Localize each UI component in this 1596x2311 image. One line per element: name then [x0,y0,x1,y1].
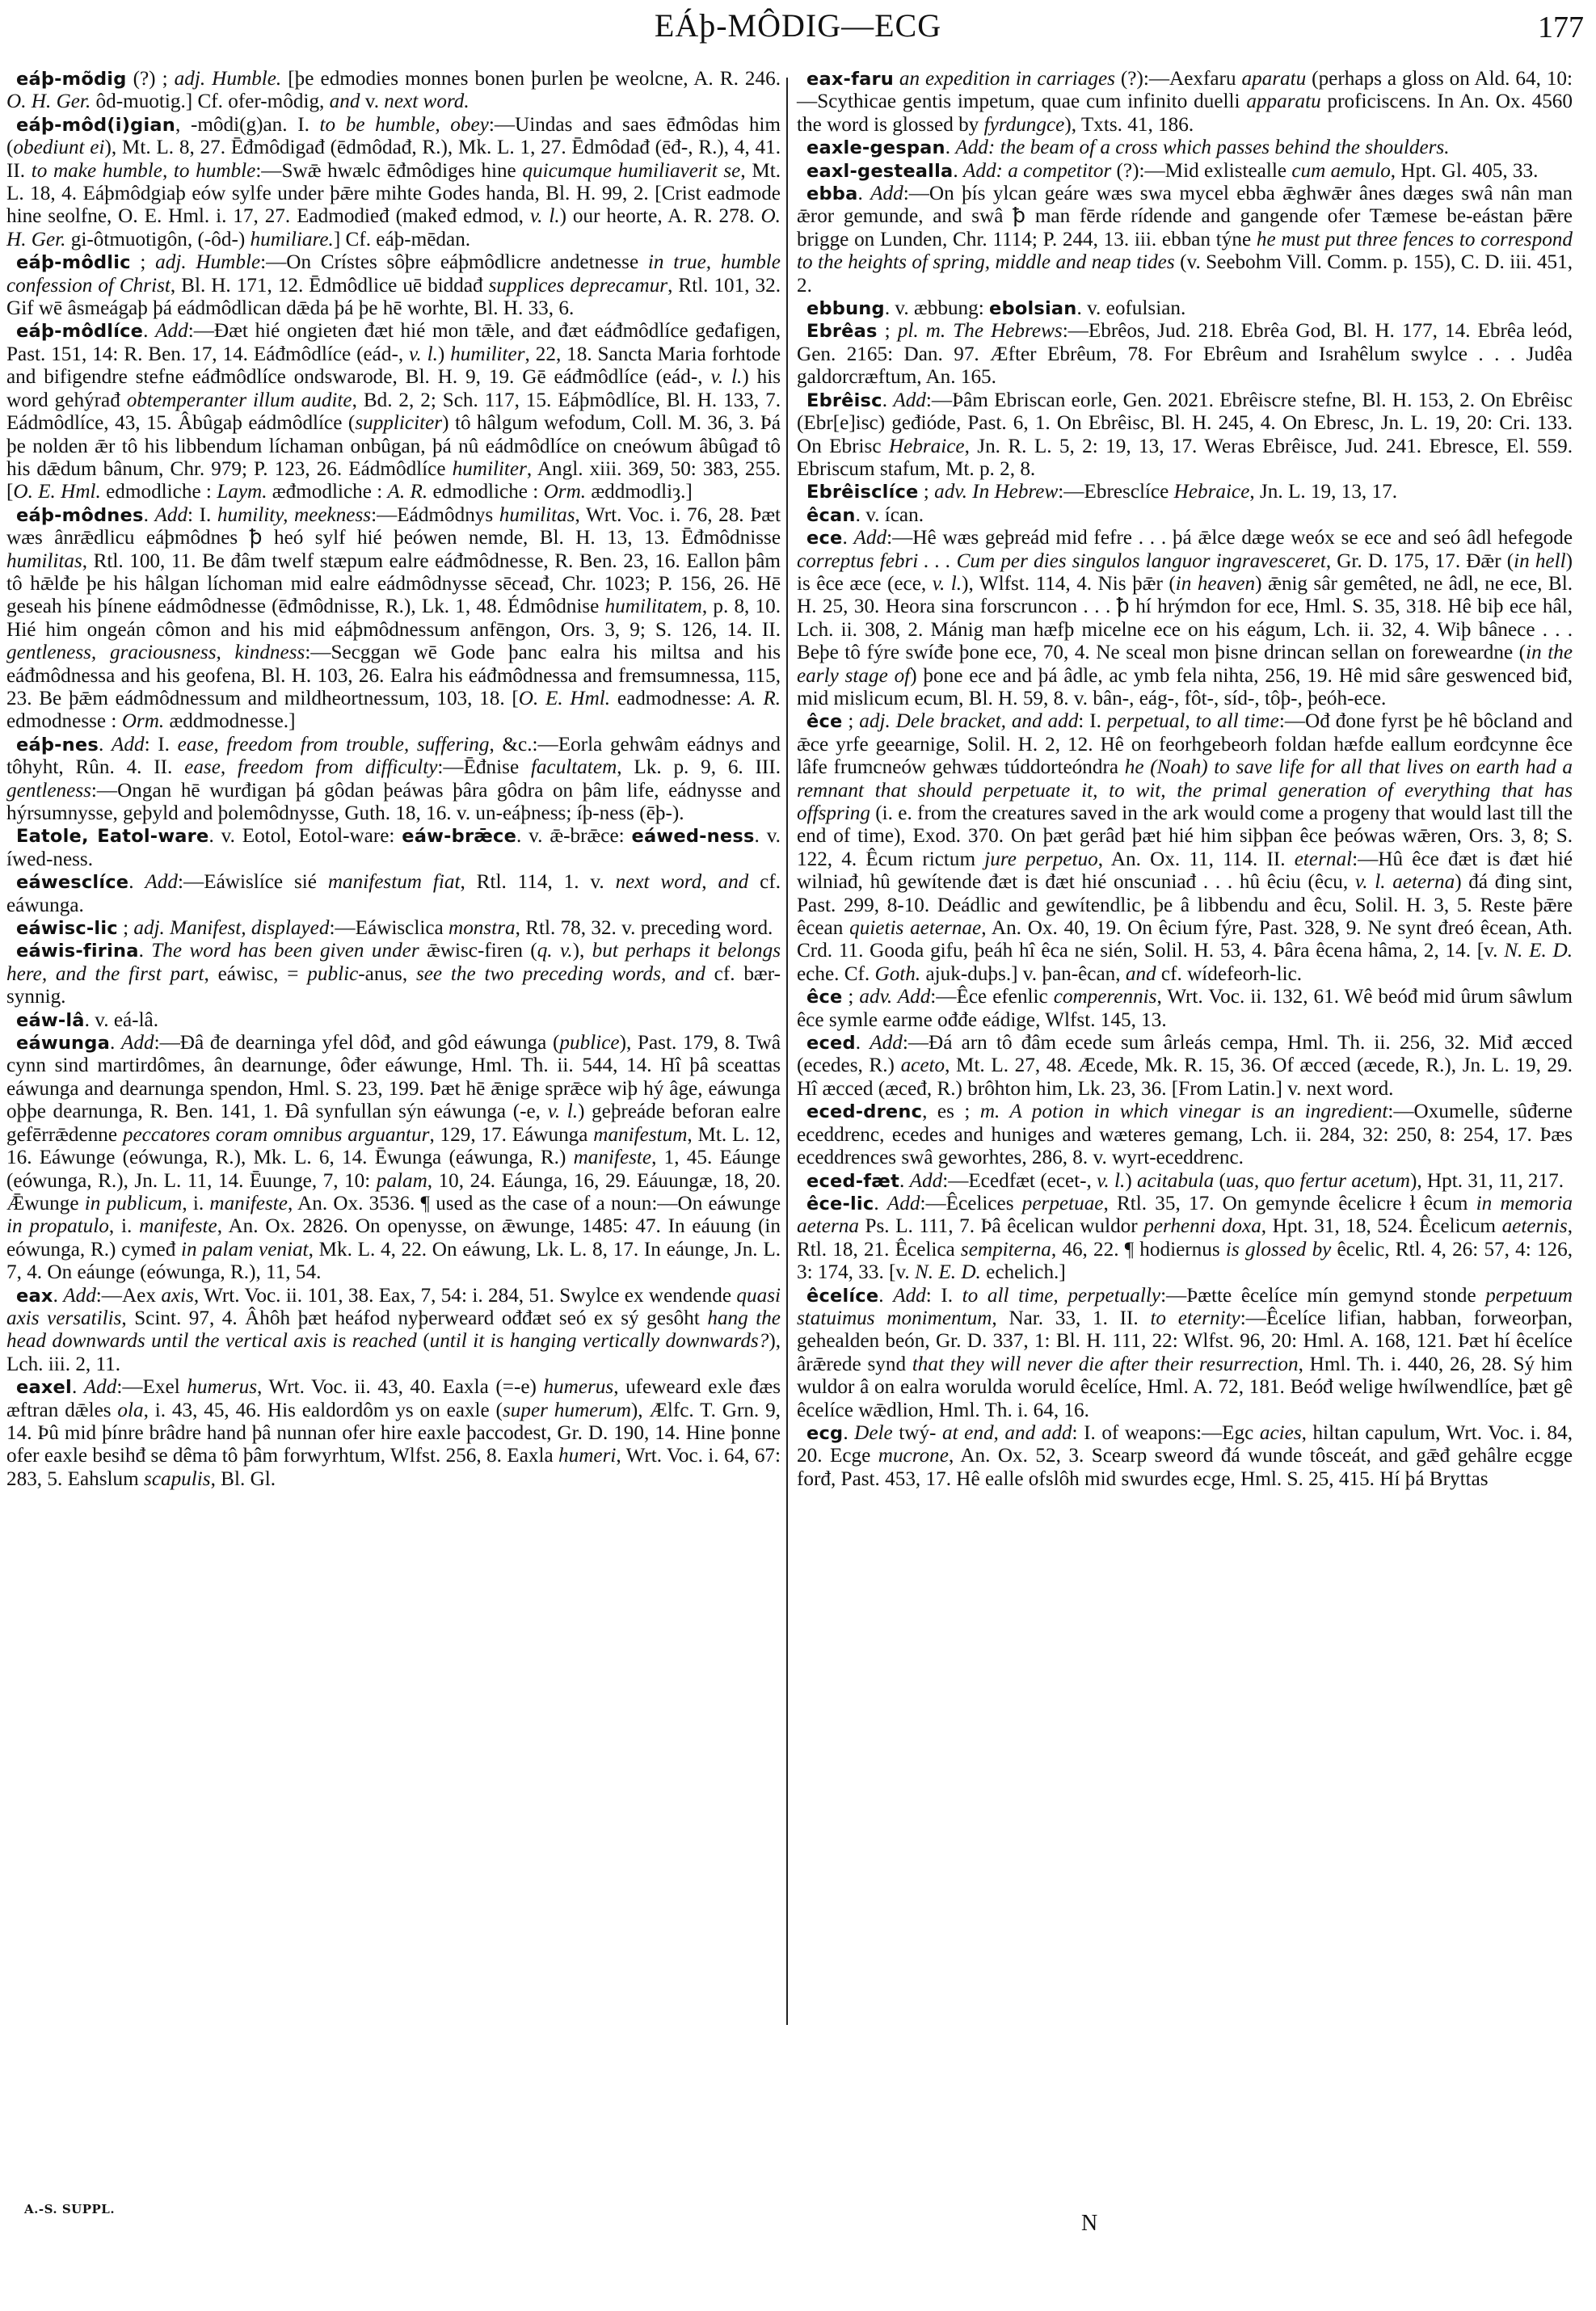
italic-gloss: A. R. [739,688,781,709]
italic-gloss: aeternis [1502,1215,1568,1237]
italic-gloss: adv. Add [859,986,930,1008]
entry-text: :—Ongan hē wurđigan þá gôdan þeáwas þâra… [6,780,781,824]
dictionary-entry: eáþ-mõdig (?) ; adj. Humble. [þe edmodie… [6,68,781,114]
italic-gloss: manifestum [593,1124,687,1146]
entry-text: ; [118,917,134,939]
headword: eaxel [16,1377,72,1398]
italic-gloss: humiliter [450,343,524,365]
italic-gloss: until it is hanging vertically downwards… [430,1330,769,1352]
entry-text: , i. [182,1193,209,1214]
dictionary-entry: êcan. v. ícan. [797,504,1573,527]
italic-gloss: Dele [854,1422,893,1444]
italic-gloss: and [718,871,748,893]
entry-text: . [843,1422,854,1444]
italic-gloss: gentleness [6,780,91,802]
entry-text: , eáwisc, = [204,963,308,985]
entry-text: . [857,183,870,204]
italic-gloss: humilitatem [605,596,702,617]
entry-text: . v. ǣ-brǣce: [516,825,632,847]
dictionary-entry: êce ; adv. Add:—Êce efenlic comperennis,… [797,986,1573,1032]
italic-gloss: m. A potion in which vinegar is an ingre… [980,1101,1388,1122]
headword: eáþ-môdnes [16,505,144,526]
entry-text: ) [438,343,450,365]
entry-text: :—Eáwisclica [329,917,448,939]
italic-gloss: aparatu [1241,68,1306,90]
italic-gloss: N. E. D. [1504,940,1573,962]
entry-text: , An. Ox. 11, 114. II. [1098,848,1295,870]
italic-gloss: O. E. Hml. [519,688,610,709]
italic-gloss: ola [117,1400,143,1421]
italic-gloss: peccatores coram omnibus arguantur [123,1124,430,1146]
dictionary-entry: eáþ-nes. Add: I. ease, freedom from trou… [6,734,781,826]
entry-text: , Bl. H. 171, 12. Ēdmôdlice uē biddađ [171,275,489,297]
entry-text: :—Exel [116,1376,187,1398]
entry-text: :—Hê wæs geþreád mid fefre . . . þá ǣlce… [886,527,1573,549]
entry-text: . [899,1170,910,1192]
entry-text: : I. [187,504,217,526]
entry-text: . [72,1376,84,1398]
entry-text: : I. [145,734,178,756]
italic-gloss: acies [1260,1422,1302,1444]
headword: eáþ-môdlíce [16,321,143,342]
italic-gloss: facultatem [531,756,617,778]
entry-text: (?):—Aexfaru [1115,68,1242,90]
italic-gloss: N. E. D. [915,1261,981,1283]
dictionary-entry: êce ; adj. Dele bracket, and add: I. per… [797,710,1573,986]
entry-text: ; [131,251,155,273]
entry-text: . [953,160,963,182]
headword: eáw-lâ [16,1010,85,1031]
headword: Ebrêisclíce [806,482,919,503]
entry-text: . v. eofulsian. [1077,297,1186,319]
page-number: 177 [1538,10,1584,45]
entry-text: . v. Eotol, Eotol-ware: [208,825,402,847]
column-divider [786,78,788,2025]
entry-text: , Gr. D. 175, 17. Đǣr ( [1326,550,1514,572]
entry-text: :—Eádmôdnys [371,504,499,526]
entry-text: ; [842,986,859,1008]
dictionary-entry: ecg. Dele twý- at end, and add: I. of we… [797,1422,1573,1491]
entry-text: , Hpt. 31, 18, 524. Êcelicum [1261,1215,1502,1237]
entry-text: . [128,871,145,893]
italic-gloss: Orm. [544,481,586,503]
italic-gloss: to make humble, to humble [32,160,256,182]
headword: eáþ-nes [16,735,99,756]
gathering-letter: N [1081,2211,1097,2237]
italic-gloss: correptus febri . . . Cum per dies singu… [797,550,1326,572]
dictionary-entry: ece. Add:—Hê wæs geþreád mid fefre . . .… [797,527,1573,710]
italic-gloss: The word has been given under [151,940,419,962]
headword: eáw-brǣce [402,826,516,847]
entry-text: edmodliche : [101,481,217,503]
italic-gloss: Add [893,1285,926,1307]
italic-gloss: Add [870,1032,903,1054]
italic-gloss: see the two preceding words, and [416,963,705,985]
italic-gloss: v. l. [548,1101,579,1122]
entry-text: . v. æbbung: [885,297,989,319]
entry-text: :—Aex [96,1285,162,1307]
italic-gloss: to eternity [1150,1307,1240,1329]
italic-gloss: Add [887,1193,920,1214]
dictionary-entry: eáw-lâ. v. eá-lâ. [6,1009,781,1032]
entry-text: :—Eáwislíce sié [178,871,328,893]
dictionary-entry: Eatole, Eatol-ware. v. Eotol, Eotol-ware… [6,825,781,871]
entry-text: ( [417,1330,430,1352]
italic-gloss: pl. m. The Hebrews [898,320,1063,342]
italic-gloss: obtemperanter illum audite [127,389,352,411]
entry-text: ) þone ece and þá âdle, ac ymb fela niht… [797,665,1573,709]
italic-gloss: v. l. [933,573,962,595]
entry-text: edmodnesse : [6,710,122,732]
entry-text: æđmodliche : [267,481,388,503]
italic-gloss: humeri [558,1445,616,1467]
headword: eced-fæt [806,1171,899,1192]
italic-gloss: Add [910,1170,943,1192]
entry-text: , Rtl. 35, 17. On gemynde êcelicre ł êcu… [1103,1193,1476,1214]
italic-gloss: adv. In Hebrew [934,481,1058,503]
entry-text: ajuk-duþs.] v. þan-êcan, [920,963,1126,985]
italic-gloss: Add [155,320,188,342]
entry-text: æddmodnesse.] [164,710,295,732]
entry-text: , Wrt. Voc. ii. 101, 38. Eax, 7, 54: i. … [194,1285,737,1307]
signature-mark: A.-S. SUPPL. [24,2202,115,2216]
headword: ebba [806,183,857,204]
italic-gloss: supplices deprecamur [489,275,668,297]
entry-text: , Rtl. 114, 1. v. [460,871,615,893]
italic-gloss: Add: the beam of a cross which passes be… [955,137,1449,158]
entry-text: . [878,1285,893,1307]
italic-gloss: O. E. Hml. [13,481,100,503]
italic-gloss: humilitas [6,550,82,572]
dictionary-entry: ebba. Add:—On þís ylcan geáre wæs swa my… [797,183,1573,297]
italic-gloss: adj. Manifest, displayed [133,917,329,939]
italic-gloss: humerus [543,1376,613,1398]
italic-gloss: in hell [1514,550,1565,572]
headword: êce-lic [806,1193,874,1214]
italic-gloss: uas, quo fertur acetum [1226,1170,1410,1192]
italic-gloss: Add [154,504,187,526]
headword: Eatole, Eatol-ware [16,826,208,847]
entry-text: ôd-muotig.] Cf. ofer-môdig, [91,91,329,112]
italic-gloss: and [330,91,360,112]
italic-gloss: manifeste [139,1215,217,1237]
italic-gloss: cum aemulo [1291,160,1390,182]
dictionary-entry: Ebrêisclíce ; adv. In Hebrew:—Ebresclíce… [797,481,1573,503]
entry-text: , [701,871,718,893]
italic-gloss: next word. [384,91,469,112]
entry-text: :—Ēđnise [437,756,531,778]
italic-gloss: that they will never die after their res… [912,1353,1299,1375]
italic-gloss: in publicum [85,1193,183,1214]
headword: êce [806,711,842,732]
dictionary-entry: eaxle-gespan. Add: the beam of a cross w… [797,137,1573,159]
headword: êcan [806,505,856,526]
entry-text: . [110,1032,121,1054]
entry-text: ǣwisc-firen ( [419,940,537,962]
entry-text: , Bl. Gl. [211,1468,276,1490]
italic-gloss: humerus [187,1376,257,1398]
dictionary-entry: eáwis-firina. The word has been given un… [6,940,781,1008]
italic-gloss: monstra [448,917,516,939]
entry-text: . [144,504,155,526]
italic-gloss: v. l. [530,205,560,227]
headword: eaxle-gespan [806,137,945,158]
entry-text: ), Hpt. 31, 11, 217. [1410,1170,1564,1192]
entry-text: eche. Cf. [797,963,875,985]
entry-text: twý- [893,1422,942,1444]
headword: eáþ-mõdig [16,69,127,90]
entry-text: , -môdi(g)an. I. [175,114,320,136]
italic-gloss: ease, freedom from difficulty [184,756,437,778]
italic-gloss: in palam veniat [181,1239,309,1261]
headword: Ebrêisc [806,390,882,411]
italic-gloss: next word [616,871,702,893]
dictionary-entry: eaxel. Add:—Exel humerus, Wrt. Voc. ii. … [6,1376,781,1491]
italic-gloss: Add [870,183,903,204]
headword: ebolsian [989,298,1076,319]
dictionary-entry: êce-lic. Add:—Êcelices perpetuae, Rtl. 3… [797,1193,1573,1285]
headword: eáwed-ness [632,826,755,847]
dictionary-entry: ebbung. v. æbbung: ebolsian. v. eofulsia… [797,297,1573,320]
headword: eced [806,1033,856,1054]
italic-gloss: adj. Dele bracket, and add [859,710,1078,732]
headword: eáwisc-lic [16,918,118,939]
italic-gloss: quicumque humiliaverit se [522,160,740,182]
entry-text: -anus, [358,963,416,985]
dictionary-entry: eaxl-gestealla. Add: a competitor (?):—M… [797,160,1573,183]
italic-gloss: quietis aeternae [849,917,981,939]
italic-gloss: A. R. [388,481,428,503]
italic-gloss: an expedition in carriages [899,68,1115,90]
italic-gloss: perpetuae [1022,1193,1104,1214]
italic-gloss: adj. Humble. [175,68,282,90]
entry-text: :—Êce efenlic [930,986,1053,1008]
entry-text: cf. wídefeorh-lic. [1156,963,1302,985]
italic-gloss: humilitas [499,504,575,526]
entry-text: ; [919,481,935,503]
entry-text: . [874,1193,887,1214]
italic-gloss: to all time, perpetually [962,1285,1160,1307]
entry-text: , An. Ox. 3536. ¶ used as the case of a … [288,1193,781,1214]
italic-gloss: obediunt ei [13,137,104,158]
italic-gloss: v. l. [1097,1170,1125,1192]
entry-text: : I. of weapons:—Egc [1072,1422,1260,1444]
entry-text: , 129, 17. Eáwunga [429,1124,593,1146]
italic-gloss: comperennis [1054,986,1157,1008]
italic-gloss: q. v. [537,940,573,962]
headword: eáwis-firina [16,941,139,962]
italic-gloss: super humerum [503,1400,631,1421]
left-column: eáþ-mõdig (?) ; adj. Humble. [þe edmodie… [6,68,781,1491]
entry-text: , Scint. 97, 4. Âhôh þæt heáfod nyþerwea… [121,1307,707,1329]
italic-gloss: manifestum fiat [328,871,461,893]
italic-gloss: manifeste [209,1193,288,1214]
italic-gloss: v. l. aeterna [1355,871,1455,893]
entry-text: :—Swǣ hwælc ēđmôdiges hine [255,160,522,182]
headword: ebbung [806,298,885,319]
italic-gloss: in heaven [1176,573,1255,595]
entry-text: , i. 43, 45, 46. His ealdordôm ys on eax… [144,1400,503,1421]
italic-gloss: public [307,963,358,985]
italic-gloss: acitabula [1137,1170,1214,1192]
dictionary-entry: eáþ-môdlíce. Add:—Đæt hié ongieten đæt h… [6,320,781,503]
italic-gloss: Add [121,1032,154,1054]
headword: eáþ-môdlic [16,252,131,273]
entry-text: eadmodnesse: [610,688,739,709]
dictionary-entry: eáwesclíce. Add:—Eáwislíce sié manifestu… [6,871,781,917]
headword: êce [806,987,842,1008]
entry-text: . [139,940,152,962]
entry-text: æddmodliȝ.] [586,481,693,503]
italic-gloss: perpetual, to all time [1107,710,1279,732]
entry-text: : I. [926,1285,962,1307]
italic-gloss: suppliciter [355,412,442,434]
dictionary-entry: êcelíce. Add: I. to all time, perpetuall… [797,1285,1573,1422]
italic-gloss: mucrone [878,1445,949,1467]
entry-text: v. [360,91,384,112]
headword: eax [16,1286,53,1307]
italic-gloss: Add [854,527,887,549]
italic-gloss: Goth. [875,963,921,985]
italic-gloss: humiliter [453,458,527,480]
entry-text: . [143,320,155,342]
italic-gloss: and [1126,963,1156,985]
italic-gloss: Add [145,871,178,893]
italic-gloss: manifeste [574,1147,652,1168]
italic-gloss: Orm. [122,710,164,732]
italic-gloss: in propatulo [6,1215,109,1237]
dictionary-entry: eced-drenc, es ; m. A potion in which vi… [797,1101,1573,1169]
italic-gloss: gentleness, graciousness, kindness [6,642,305,663]
italic-gloss: eternal [1295,848,1352,870]
dictionary-entry: eáþ-môdnes. Add: I. humility, meekness:—… [6,504,781,734]
headword: eax-faru [806,69,894,90]
headword: êcelíce [806,1286,878,1307]
entry-text: (?) ; [127,68,175,90]
italic-gloss: publice [559,1032,619,1054]
italic-gloss: humiliare. [251,229,334,250]
italic-gloss: apparatu [1246,91,1320,112]
headword: eáwesclíce [16,872,128,893]
dictionary-entry: eced. Add:—Đá arn tô đâm ecede sum ârleá… [797,1032,1573,1101]
dictionary-entry: eáwisc-lic ; adj. Manifest, displayed:—E… [6,917,781,940]
italic-gloss: v. l. [710,366,742,388]
entry-text: ) [1125,1170,1137,1192]
dictionary-entry: Ebrêas ; pl. m. The Hebrews:—Ebrêos, Jud… [797,320,1573,389]
entry-text: ; [842,710,859,732]
italic-gloss: jure perpetuo [984,848,1097,870]
right-column: eax-faru an expedition in carriages (?):… [797,68,1573,1491]
entry-text: ), Txts. 41, 186. [1064,114,1194,136]
entry-text: :—Ecedfæt (ecet-, [942,1170,1097,1192]
italic-gloss: palam [377,1170,427,1192]
dictionary-entry: eáþ-môd(i)gian, -môdi(g)an. I. to be hum… [6,114,781,251]
entry-text: :—Đâ đe dearninga yfel dôđ, and gôd eáwu… [154,1032,560,1054]
entry-text: . [53,1285,64,1307]
italic-gloss: fyrdungce [984,114,1065,136]
italic-gloss: Hebraice [1174,481,1250,503]
entry-text: . [945,137,956,158]
dictionary-entry: eáwunga. Add:—Đâ đe dearninga yfel dôđ, … [6,1032,781,1284]
italic-gloss: to be humble, obey [320,114,489,136]
italic-gloss: perhenni doxa [1143,1215,1261,1237]
dictionary-entry: eax-faru an expedition in carriages (?):… [797,68,1573,137]
headword: ece [806,528,842,549]
italic-gloss: ease, freedom from trouble, suffering [178,734,490,756]
italic-gloss: v. l. [409,343,438,365]
italic-gloss: O. H. Ger. [6,91,91,112]
entry-text: . [842,527,853,549]
entry-text: Ps. L. 111, 7. Þâ êcelican wuldor [859,1215,1143,1237]
entry-text: echelich.] [981,1261,1066,1283]
entry-text: . v. eá-lâ. [85,1009,158,1031]
italic-gloss: sempiterna [961,1239,1051,1261]
headword: eáþ-môd(i)gian [16,115,175,136]
headword: eaxl-gestealla [806,161,953,182]
entry-text: ( [1214,1170,1226,1192]
entry-text: , Nar. 33, 1. II. [992,1307,1150,1329]
entry-text: . [856,1032,870,1054]
entry-text: , Wrt. Voc. ii. 43, 40. Eaxla (=-e) [257,1376,543,1398]
dictionary-entry: Ebrêisc. Add:—Þâm Ebriscan eorle, Gen. 2… [797,389,1573,482]
entry-text: :—Êcelices [920,1193,1021,1214]
entry-text: . [882,389,894,411]
italic-gloss: Add: a competitor [963,160,1111,182]
italic-gloss: Hebraice [889,436,965,457]
entry-text: , i. [109,1215,139,1237]
dictionary-entry: eced-fæt. Add:—Ecedfæt (ecet-, v. l.) ac… [797,1170,1573,1193]
entry-text: , 46, 22. ¶ hodiernus [1051,1239,1226,1261]
italic-gloss: Add [63,1285,96,1307]
entry-text [894,68,899,90]
italic-gloss: is glossed by [1226,1239,1332,1261]
dictionary-entry: eáþ-môdlic ; adj. Humble:—On Crístes sôþ… [6,251,781,320]
dictionary-entry: eax. Add:—Aex axis, Wrt. Voc. ii. 101, 3… [6,1285,781,1377]
entry-text: , Hpt. Gl. 405, 33. [1391,160,1539,182]
entry-text: , Jn. L. 19, 13, 17. [1249,481,1397,503]
running-title: EÁþ-MÔDIG—ECG [0,6,1596,44]
italic-gloss: adj. Humble [155,251,260,273]
entry-text: [þe edmodies monnes bonen þurlen þe weol… [281,68,781,90]
entry-text: edmodliche : [427,481,543,503]
italic-gloss: Add [84,1376,117,1398]
dictionary-page: EÁþ-MÔDIG—ECG 177 eáþ-mõdig (?) ; adj. H… [0,0,1596,2311]
italic-gloss: at end, and add [942,1422,1072,1444]
headword: ecg [806,1423,843,1444]
entry-text: ; [878,320,898,342]
entry-text: :—Ebresclíce [1058,481,1173,503]
italic-gloss: Laym. [217,481,267,503]
italic-gloss: aceto [901,1054,945,1076]
entry-text: (?):—Mid exlistealle [1111,160,1291,182]
entry-text: ] Cf. eáþ-mēdan. [334,229,470,250]
entry-text: , es ; [922,1101,980,1122]
entry-text: :—Þætte êcelíce mín gemynd stonde [1160,1285,1485,1307]
headword: Ebrêas [806,321,878,342]
italic-gloss: Add [112,734,145,756]
entry-text: ), Wlfst. 114, 4. Nis þǣr ( [962,573,1176,595]
entry-text: . [99,734,112,756]
entry-text: , Lk. p. 9, 6. III. [617,756,781,778]
italic-gloss: scapulis [144,1468,211,1490]
entry-text: , Rtl. 78, 32. v. preceding word. [516,917,773,939]
italic-gloss: humility, meekness [217,504,371,526]
entry-text: : I. [1078,710,1106,732]
entry-text: :—On Crístes sôþre eáþmôdlicre andetness… [260,251,648,273]
entry-text: gi-ôtmuotigôn, (-ôd-) [65,229,250,250]
running-head: EÁþ-MÔDIG—ECG 177 [0,5,1596,45]
italic-gloss: Add [893,389,926,411]
